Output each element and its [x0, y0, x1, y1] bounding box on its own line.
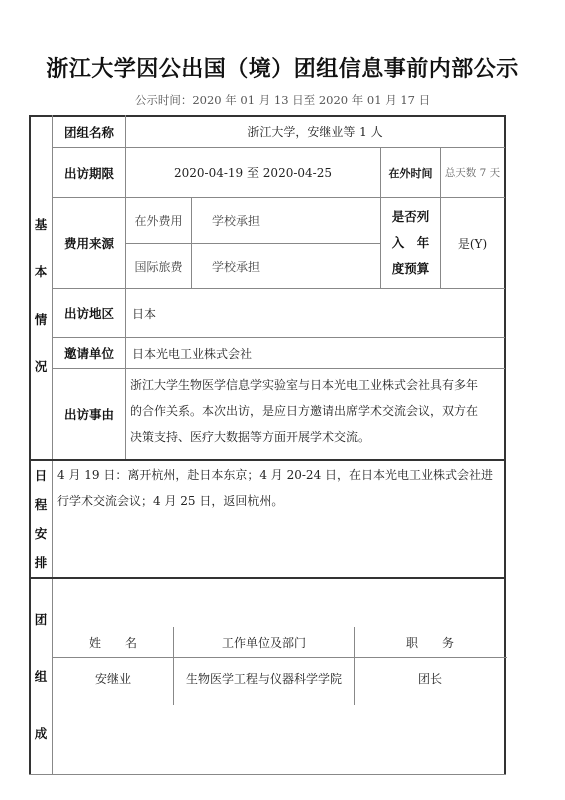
- group-name-value: 浙江大学，安继业等 1 人: [126, 116, 504, 147]
- section-label-basic-info: 基 本 情 况: [30, 200, 52, 390]
- inviter-value: 日本光电工业株式会社: [126, 338, 504, 368]
- funding-label: 费用来源: [53, 198, 125, 288]
- visit-period-value: 2020-04-19 至 2020-04-25: [126, 148, 380, 197]
- budget-value: 是(Y): [441, 198, 504, 288]
- section-char: 基: [35, 215, 48, 233]
- member-unit: 生物医学工程与仪器科学学院: [174, 658, 354, 705]
- purpose-text: 浙江大学生物医学信息学实验室与日本光电工业株式会社具有多年 的合作关系。本次出访…: [130, 372, 504, 450]
- member-position: 团长: [355, 658, 505, 705]
- funding-item-value: 学校承担: [192, 244, 380, 288]
- visit-period-label: 出访期限: [53, 148, 125, 197]
- section-char: 况: [35, 357, 48, 375]
- member-name: 安继业: [53, 658, 173, 705]
- funding-item-label: 国际旅费: [126, 244, 191, 288]
- budget-label: 是否列 入 年 度预算: [381, 198, 440, 288]
- member-col-position: 职 务: [355, 627, 505, 657]
- purpose-label: 出访事由: [53, 369, 125, 459]
- section-label-schedule: 日 程 安 排: [30, 460, 52, 577]
- publicity-period: 公示时间：2020 年 01 月 13 日至 2020 年 01 月 17 日: [0, 92, 565, 108]
- section-char: 本: [35, 262, 48, 280]
- funding-item-value: 学校承担: [192, 198, 380, 243]
- section-divider: [29, 459, 505, 461]
- page-title: 浙江大学因公出国（境）团组信息事前内部公示: [0, 52, 565, 83]
- schedule-text: 4 月 19 日：离开杭州，赴日本东京；4 月 20-24 日，在日本光电工业株…: [57, 462, 503, 514]
- inviter-label: 邀请单位: [53, 338, 125, 368]
- section-char: 情: [35, 310, 48, 328]
- region-label: 出访地区: [53, 289, 125, 337]
- section-label-members: 团 组 成: [30, 578, 52, 774]
- member-col-name: 姓 名: [53, 627, 173, 657]
- time-abroad-label: 在外时间: [381, 148, 440, 197]
- time-abroad-value: 总天数 7 天: [441, 148, 504, 197]
- funding-item-label: 在外费用: [126, 198, 191, 243]
- group-name-label: 团组名称: [53, 116, 125, 147]
- member-col-unit: 工作单位及部门: [174, 627, 354, 657]
- region-value: 日本: [126, 289, 504, 337]
- table-border-bottom: [29, 774, 506, 775]
- section-divider: [29, 577, 505, 579]
